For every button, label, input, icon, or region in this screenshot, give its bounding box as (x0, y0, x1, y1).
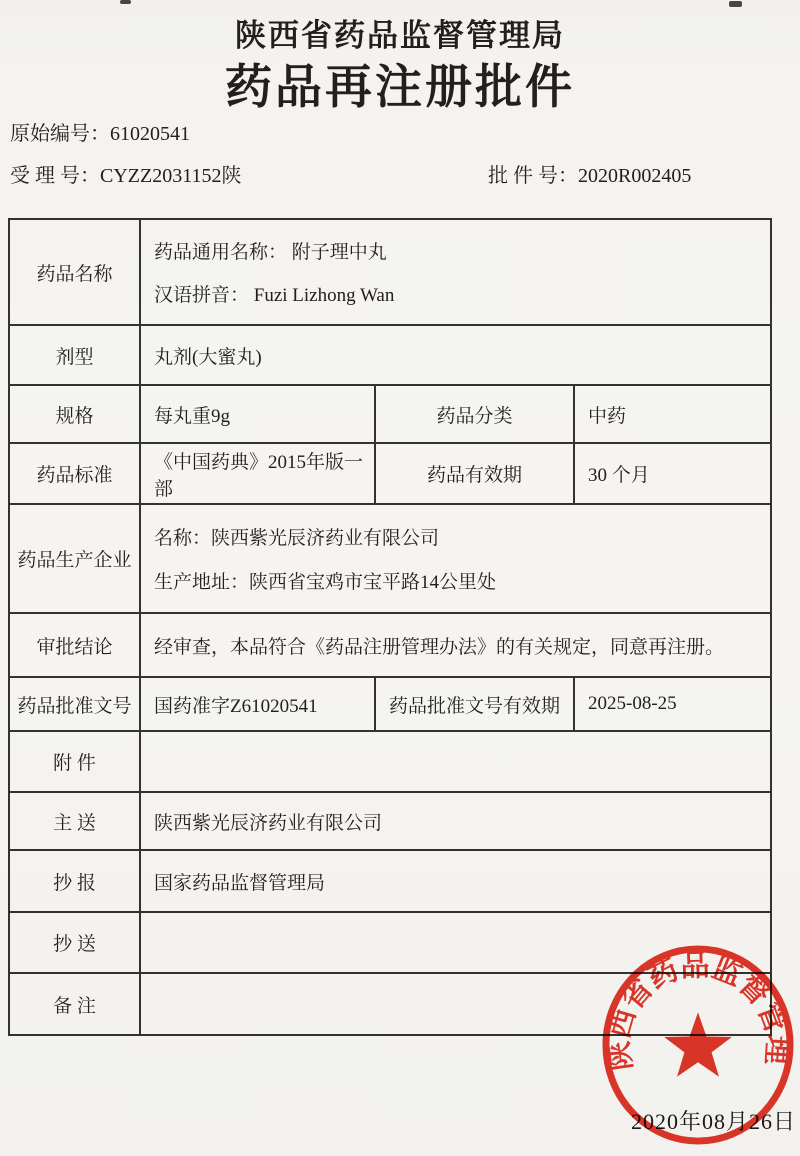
official-seal: 陕西省药品监督管理局 (599, 942, 797, 1148)
row-label-remarks: 备 注 (10, 974, 141, 1034)
attachment-value (141, 732, 770, 791)
table-row-copy-report: 抄 报 国家药品监督管理局 (10, 851, 770, 913)
table-row-manufacturer: 药品生产企业 名称：陕西紫光辰济药业有限公司 生产地址：陕西省宝鸡市宝平路14公… (10, 505, 770, 614)
table-row-attachment: 附 件 (10, 732, 770, 793)
row-label-manufacturer: 药品生产企业 (10, 505, 141, 612)
scan-speck (729, 1, 742, 7)
registration-table: 药品名称 药品通用名称： 附子理中丸 汉语拼音： Fuzi Lizhong Wa… (8, 218, 772, 1036)
row-label-specification: 规格 (10, 386, 141, 442)
issuing-authority-title: 陕西省药品监督管理局 (0, 10, 800, 55)
drug-category-value: 中药 (575, 386, 770, 442)
table-row-approval-conclusion: 审批结论 经审查，本品符合《药品注册管理办法》的有关规定，同意再注册。 (10, 614, 770, 678)
pinyin-name-line: 汉语拼音： Fuzi Lizhong Wan (154, 280, 394, 307)
seal-star-icon (664, 1012, 732, 1076)
table-row-drug-name: 药品名称 药品通用名称： 附子理中丸 汉语拼音： Fuzi Lizhong Wa… (10, 220, 770, 326)
approval-number-expiry-value: 2025-08-25 (575, 678, 770, 730)
specification-value: 每丸重9g (141, 386, 376, 442)
row-label-shelf-life: 药品有效期 (376, 444, 575, 503)
row-label-drug-standard: 药品标准 (10, 444, 141, 503)
approval-number-label: 批 件 号： (488, 165, 578, 187)
table-row-main-recipient: 主 送 陕西紫光辰济药业有限公司 (10, 793, 770, 851)
table-row-approval-number: 药品批准文号 国药准字Z61020541 药品批准文号有效期 2025-08-2… (10, 678, 770, 732)
approval-number-line: 批 件 号：2020R002405 (488, 159, 691, 188)
row-label-approval-conclusion: 审批结论 (10, 614, 141, 676)
original-number-value: 61020541 (110, 123, 190, 145)
scan-speck (120, 0, 131, 4)
row-label-dosage-form: 剂型 (10, 326, 141, 384)
drug-standard-value: 《中国药典》2015年版一部 (141, 444, 376, 503)
acceptance-number-label: 受 理 号： (10, 165, 100, 187)
row-label-main-recipient: 主 送 (10, 793, 141, 849)
row-label-drug-name: 药品名称 (10, 220, 141, 324)
acceptance-number-value: CYZZ2031152陕 (100, 165, 241, 187)
manufacturer-cell: 名称：陕西紫光辰济药业有限公司 生产地址：陕西省宝鸡市宝平路14公里处 (141, 505, 770, 612)
original-number-line: 原始编号：61020541 (10, 117, 190, 146)
row-label-drug-category: 药品分类 (376, 386, 575, 442)
row-label-copy-send: 抄 送 (10, 913, 141, 972)
table-row-dosage-form: 剂型 丸剂(大蜜丸) (10, 326, 770, 386)
approval-document-page: 陕西省药品监督管理局 药品再注册批件 原始编号：61020541 受 理 号：C… (0, 0, 800, 1156)
table-row-drug-standard: 药品标准 《中国药典》2015年版一部 药品有效期 30 个月 (10, 444, 770, 505)
document-title: 药品再注册批件 (0, 50, 800, 117)
original-number-label: 原始编号： (10, 123, 110, 145)
approval-number-value: 国药准字Z61020541 (141, 678, 376, 730)
generic-name-line: 药品通用名称： 附子理中丸 (154, 237, 387, 264)
row-label-attachment: 附 件 (10, 732, 141, 791)
dosage-form-value: 丸剂(大蜜丸) (141, 326, 770, 384)
drug-name-cell: 药品通用名称： 附子理中丸 汉语拼音： Fuzi Lizhong Wan (141, 220, 770, 324)
shelf-life-value: 30 个月 (575, 444, 770, 503)
manufacturer-name-line: 名称：陕西紫光辰济药业有限公司 (154, 523, 439, 550)
row-label-approval-number: 药品批准文号 (10, 678, 141, 730)
table-row-specification: 规格 每丸重9g 药品分类 中药 (10, 386, 770, 444)
copy-report-value: 国家药品监督管理局 (141, 851, 770, 911)
row-label-copy-report: 抄 报 (10, 851, 141, 911)
approval-number-value: 2020R002405 (578, 165, 691, 187)
approval-conclusion-value: 经审查，本品符合《药品注册管理办法》的有关规定，同意再注册。 (141, 614, 770, 676)
row-label-approval-number-expiry: 药品批准文号有效期 (376, 678, 575, 730)
main-recipient-value: 陕西紫光辰济药业有限公司 (141, 793, 770, 849)
acceptance-number-line: 受 理 号：CYZZ2031152陕 (10, 159, 241, 188)
manufacturer-address-line: 生产地址：陕西省宝鸡市宝平路14公里处 (154, 567, 496, 594)
